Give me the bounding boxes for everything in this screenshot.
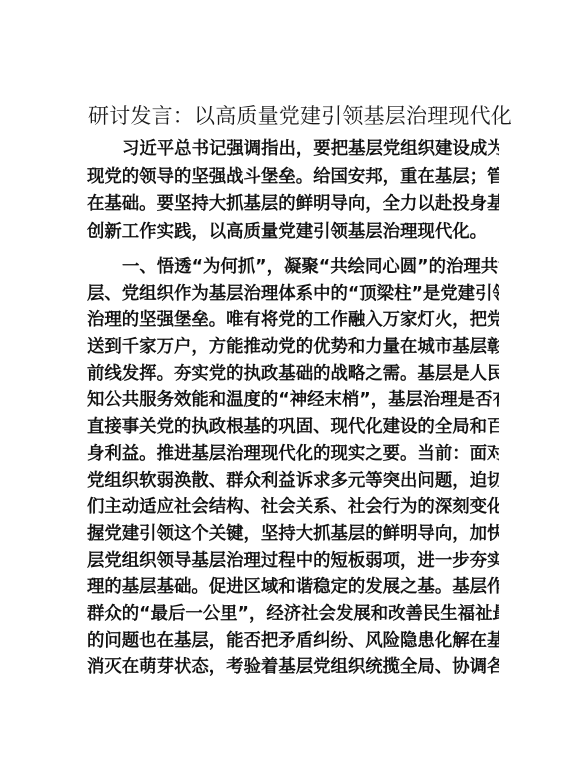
document-title: 研讨发言：以高质量党建引领基层治理现代化 [88,102,508,130]
text-line: 群众的“最后一公里”，经济社会发展和改善民生福祉最突出 [87,601,499,628]
text-line: 现党的领导的坚强战斗堡垒。给国安邦，重在基层；管党治党重 [87,164,499,192]
text-line: 层党组织领导基层治理过程中的短板弱项，进一步夯实社会治 [87,548,499,575]
text-line: 直接事关党的执政根基的巩固、现代化建设的全局和百姓的切 [87,414,499,441]
paragraph-intro: 习近平总书记强调指出，要把基层党组织建设成为有效实 现党的领导的坚强战斗堡垒。给… [87,136,499,247]
text-line: 握党建引领这个关键，坚持大抓基层的鲜明导向，加快补齐基 [87,521,499,548]
text-line: 创新工作实践，以高质量党建引领基层治理现代化。 [87,219,499,247]
text-line: 在基础。要坚持大抓基层的鲜明导向，全力以赴投身基层治理 [87,191,499,219]
text-line: 党组织软弱涣散、群众利益诉求多元等突出问题，迫切需要我 [87,468,499,495]
document-page: 研讨发言：以高质量党建引领基层治理现代化 习近平总书记强调指出，要把基层党组织建… [0,0,586,759]
text-line: 身利益。推进基层治理现代化的现实之要。当前：面对部分基层 [87,441,499,468]
text-line: 习近平总书记强调指出，要把基层党组织建设成为有效实 [87,136,499,164]
text-line: 消灭在萌芽状态，考验着基层党组织统揽全局、协调各方的作 [87,654,499,681]
text-line: 一、悟透“为何抓”，凝聚“共绘同心圆”的治理共识。基 [87,254,499,281]
text-line: 层、党组织作为基层治理体系中的“顶梁柱”是党建引领基层 [87,281,499,308]
paragraph-section-one: 一、悟透“为何抓”，凝聚“共绘同心圆”的治理共识。基 层、党组织作为基层治理体系… [87,254,499,681]
text-line: 前线发挥。夯实党的执政基础的战略之需。基层是人民群众感 [87,361,499,388]
text-line: 们主动适应社会结构、社会关系、社会行为的深刻变化，紧紧把 [87,494,499,521]
text-line: 知公共服务效能和温度的“神经末梢”，基层治理是否有效， [87,387,499,414]
text-line: 的问题也在基层，能否把矛盾纠纷、风险隐患化解在基层一线、 [87,628,499,655]
text-line: 送到千家万户，方能推动党的优势和力量在城市基层彰显治理 [87,334,499,361]
text-line: 治理的坚强堡垒。唯有将党的工作融入万家灯火，把党的服务 [87,307,499,334]
text-line: 理的基层基础。促进区域和谐稳定的发展之基。基层作为服务 [87,574,499,601]
